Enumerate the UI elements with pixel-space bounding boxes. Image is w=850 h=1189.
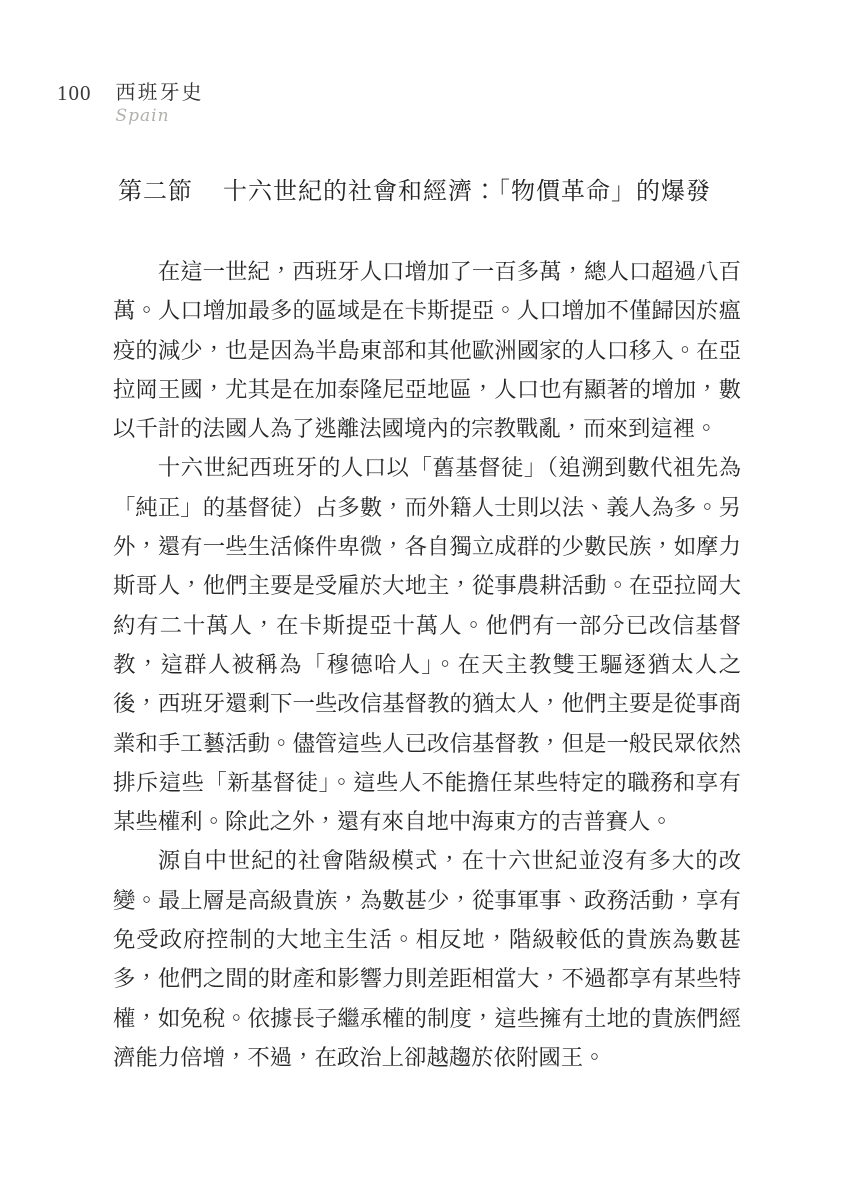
paragraph-population-composition: 十六世紀西班牙的人口以「舊基督徒」（追溯到數代祖先為「純正」的基督徒）占多數，而… (113, 448, 741, 841)
paragraph-social-classes: 源自中世紀的社會階級模式，在十六世紀並沒有多大的改變。最上層是高級貴族，為數甚少… (113, 841, 741, 1077)
book-title: 西班牙史 (116, 82, 204, 105)
page-header: 100 西班牙史 Spain (57, 82, 204, 126)
paragraph-population-growth: 在這一世紀，西班牙人口增加了一百多萬，總人口超過八百萬。人口增加最多的區域是在卡… (113, 252, 741, 448)
section-label: 第二節 (118, 178, 193, 205)
book-subtitle: Spain (116, 106, 204, 126)
book-title-block: 西班牙史 Spain (116, 82, 204, 126)
section-heading: 第二節十六世紀的社會和經濟：「物價革命」的爆發 (118, 176, 711, 208)
page-number: 100 (57, 82, 92, 105)
section-title: 十六世紀的社會和經濟：「物價革命」的爆發 (223, 178, 711, 205)
body-text: 在這一世紀，西班牙人口增加了一百多萬，總人口超過八百萬。人口增加最多的區域是在卡… (113, 252, 741, 1077)
book-page: 100 西班牙史 Spain 第二節十六世紀的社會和經濟：「物價革命」的爆發 在… (0, 0, 850, 1189)
